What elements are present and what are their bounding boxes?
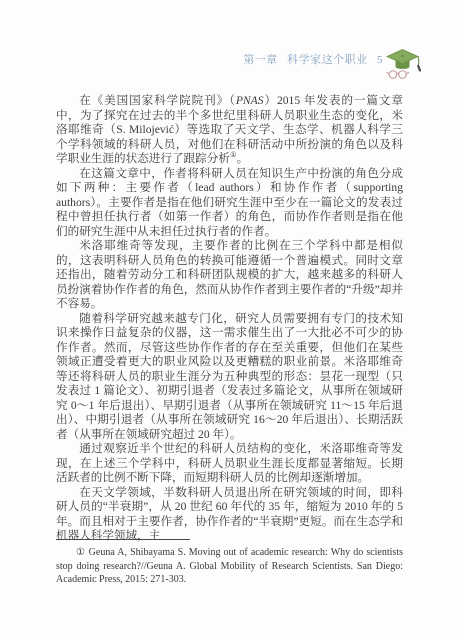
page-header: 第一章科学家这个职业5 bbox=[243, 54, 383, 67]
footnote-divider bbox=[56, 539, 190, 540]
body-text-column: 在《美国国家科学院院刊》（PNAS）2015 年发表的一篇文章中，为了探究在过去… bbox=[56, 94, 403, 544]
paragraph-text: 。 bbox=[237, 152, 249, 165]
paragraph-text: 随着科学研究越来越专门化，研究人员需要拥有专门的技术知识来操作日益复杂的仪器，这… bbox=[56, 312, 403, 441]
paragraph: 随着科学研究越来越专门化，研究人员需要拥有专门的技术知识来操作日益复杂的仪器，这… bbox=[56, 312, 403, 443]
footnote-citation: Geuna A, Shibayama S. Moving out of acad… bbox=[56, 547, 403, 585]
graduation-cap-icon bbox=[384, 47, 421, 81]
paragraph-text: 在《美国国家科学院院刊》（ bbox=[79, 94, 236, 107]
journal-name-italic: PNAS bbox=[236, 94, 264, 107]
paragraph-text: 在这篇文章中，作者将科研人员在知识生产中扮演的角色分成如下两种：主要作者（lea… bbox=[56, 167, 403, 238]
footnote-reference-marker: ① bbox=[230, 150, 237, 159]
footnote-section: ① Geuna A, Shibayama S. Moving out of ac… bbox=[56, 539, 403, 587]
paragraph-text: 在天文学领域，半数科研人员退出所在研究领域的时间，即科研人员的“半衰期”，从 2… bbox=[56, 486, 403, 543]
footnote-marker: ① bbox=[76, 547, 86, 558]
chapter-title: 科学家这个职业 bbox=[287, 54, 368, 66]
paragraph: 在这篇文章中，作者将科研人员在知识生产中扮演的角色分成如下两种：主要作者（lea… bbox=[56, 167, 403, 240]
graduation-cap-glasses-graphic bbox=[384, 47, 421, 81]
paragraph: 米洛耶维奇等发现，主要作者的比例在三个学科中都是相似的，这表明科研人员角色的转换… bbox=[56, 239, 403, 312]
paragraph-text: 通过观察近半个世纪的科研人员结构的变化，米洛耶维奇等发现，在上述三个学科中，科研… bbox=[56, 442, 403, 484]
footnote-text: ① Geuna A, Shibayama S. Moving out of ac… bbox=[56, 546, 403, 587]
chapter-label: 第一章 bbox=[243, 54, 278, 66]
page-number: 5 bbox=[377, 54, 383, 66]
paragraph-text: 米洛耶维奇等发现，主要作者的比例在三个学科中都是相似的，这表明科研人员角色的转换… bbox=[56, 239, 403, 310]
paragraph: 在天文学领域，半数科研人员退出所在研究领域的时间，即科研人员的“半衰期”，从 2… bbox=[56, 486, 403, 544]
paragraph: 在《美国国家科学院院刊》（PNAS）2015 年发表的一篇文章中，为了探究在过去… bbox=[56, 94, 403, 167]
book-page: 第一章科学家这个职业5 在《美国国家科学院院刊》（PNAS）2015 年发表的一… bbox=[0, 0, 457, 640]
paragraph: 通过观察近半个世纪的科研人员结构的变化，米洛耶维奇等发现，在上述三个学科中，科研… bbox=[56, 442, 403, 486]
